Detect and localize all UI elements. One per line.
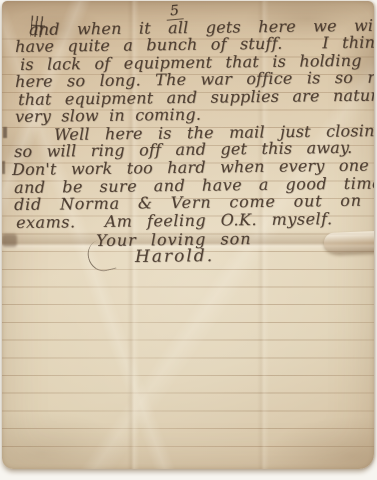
handwriting-line: exams. Am feeling O.K. myself. (16, 210, 333, 231)
handwriting-layer: 5 and when it all gets here we will have… (2, 1, 374, 469)
handwriting-line: very slow in coming. (15, 106, 201, 125)
signature: Harold. (135, 248, 214, 266)
scanned-letter: 5 and when it all gets here we will have… (0, 0, 377, 480)
letter-page: 5 and when it all gets here we will have… (2, 1, 374, 469)
